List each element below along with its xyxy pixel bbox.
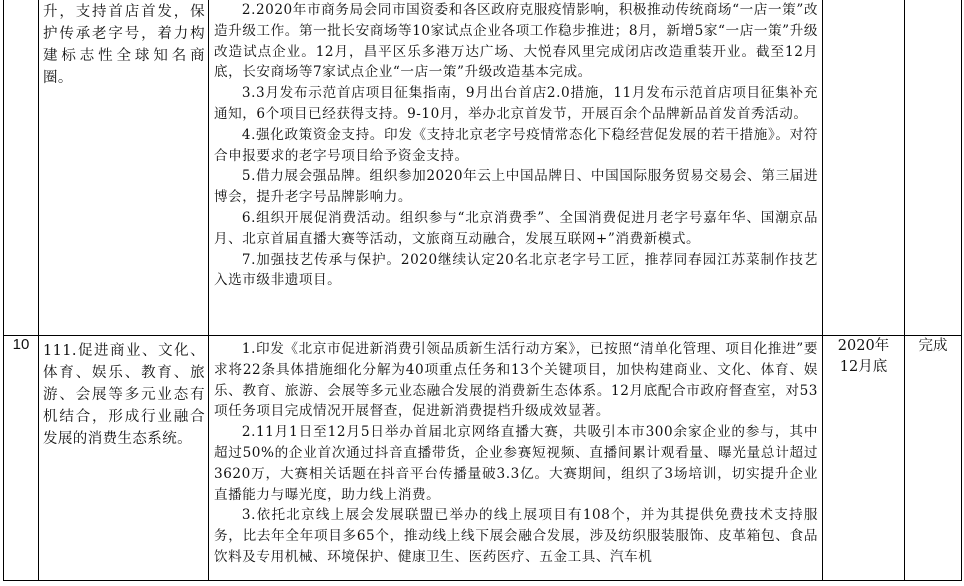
task-text: 111.促进商业、文化、体育、娱乐、教育、旅游、会展等多元业态有机结合，形成行业… xyxy=(39,336,208,450)
deadline-cell xyxy=(823,0,905,336)
deadline-month: 12月底 xyxy=(823,357,904,378)
row-number-cell: 10 xyxy=(4,336,39,581)
deadline-cell: 2020年 12月底 xyxy=(823,336,905,581)
progress-paragraph: 3.依托北京线上展会发展联盟已举办的线上展项目有108个，并为其提供免费技术支持… xyxy=(214,505,818,567)
progress-paragraph: 1.印发《北京市促进新消费引领品质新生活行动方案》，已按照“清单化管理、项目化推… xyxy=(214,339,818,422)
progress-paragraph: 2.2020年市商务局会同市国资委和各区政府克服疫情影响，积极推动传统商场“一店… xyxy=(214,0,818,83)
progress-paragraph: 7.加强技艺传承与保护。2020继续认定20名北京老字号工匠，推荐同春园江苏菜制… xyxy=(214,250,818,292)
progress-paragraph: 4.强化政策资金支持。印发《支持北京老字号疫情常态化下稳经营促发展的若干措施》。… xyxy=(214,125,818,167)
deadline-year: 2020年 xyxy=(823,336,904,357)
progress-paragraph: 3.3月发布示范首店项目征集指南，9月出台首店2.0措施，11月发布示范首店项目… xyxy=(214,83,818,125)
progress-description-cell: 2.2020年市商务局会同市国资委和各区政府克服疫情影响，积极推动传统商场“一店… xyxy=(209,0,823,336)
document-page: 升，支持首店首发，保护传承老字号，着力构建标志性全球知名商圈。 2.2020年市… xyxy=(0,0,964,586)
task-cell: 111.促进商业、文化、体育、娱乐、教育、旅游、会展等多元业态有机结合，形成行业… xyxy=(39,336,209,581)
table-row: 10 111.促进商业、文化、体育、娱乐、教育、旅游、会展等多元业态有机结合，形… xyxy=(4,336,962,581)
progress-paragraph: 6.组织开展促消费活动。组织参与“北京消费季”、全国消费促进月老字号嘉年华、国潮… xyxy=(214,208,818,250)
task-cell: 升，支持首店首发，保护传承老字号，着力构建标志性全球知名商圈。 xyxy=(39,0,209,336)
progress-paragraph: 5.借力展会强品牌。组织参加2020年云上中国品牌日、中国国际服务贸易交易会、第… xyxy=(214,166,818,208)
progress-description-cell: 1.印发《北京市促进新消费引领品质新生活行动方案》，已按照“清单化管理、项目化推… xyxy=(209,336,823,581)
status-cell xyxy=(905,0,962,336)
status-cell: 完成 xyxy=(905,336,962,581)
task-text: 升，支持首店首发，保护传承老字号，着力构建标志性全球知名商圈。 xyxy=(39,0,208,89)
row-number-cell xyxy=(4,0,39,336)
table-row: 升，支持首店首发，保护传承老字号，着力构建标志性全球知名商圈。 2.2020年市… xyxy=(4,0,962,336)
progress-table: 升，支持首店首发，保护传承老字号，着力构建标志性全球知名商圈。 2.2020年市… xyxy=(3,0,962,581)
progress-paragraph: 2.11月1日至12月5日举办首届北京网络直播大赛，共吸引本市300余家企业的参… xyxy=(214,422,818,505)
